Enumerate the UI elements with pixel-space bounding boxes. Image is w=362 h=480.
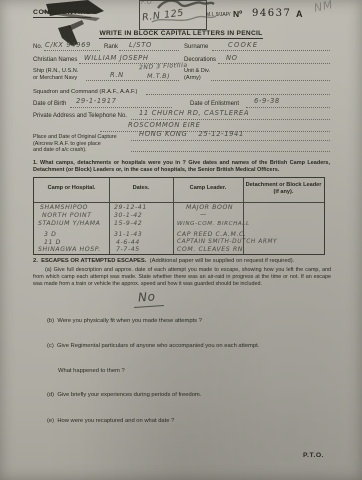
leader-cell: — — [200, 211, 207, 218]
camp-cell: NORTH POINT — [42, 212, 92, 219]
section-2-title: ESCAPES OR ATTEMPTED ESCAPES. — [41, 258, 146, 264]
ship-value: R.N — [110, 71, 124, 79]
answer-a-value: No — [138, 289, 156, 304]
question-b-text: (b) Were you physically fit when you mad… — [47, 318, 202, 324]
field-line — [86, 80, 179, 81]
question-c-text: (c) Give Regimental particulars of anyon… — [47, 343, 259, 349]
section-2-note: (Additional paper will be supplied on re… — [150, 258, 295, 264]
enlistment-value: 6-9-38 — [254, 97, 280, 105]
form-reference: M.I. 9/JAP/ — [206, 12, 230, 18]
table-header-leader: Camp Leader. — [173, 185, 243, 192]
instruction-heading: WRITE IN BLOCK CAPITAL LETTERS IN PENCIL — [33, 30, 329, 37]
section-2-number: 2. — [33, 258, 38, 264]
camps-table: Camp or Hospital. Dates. Camp Leader. De… — [33, 177, 325, 255]
christian-names-value: WILLIAM JOSEPH — [84, 54, 149, 62]
date-cell: 7-7-45 — [116, 246, 140, 253]
field-line — [119, 50, 179, 51]
no-label: No. — [33, 44, 42, 50]
field-line — [70, 107, 172, 108]
leader-cell: CAPTAIN SMITH-DUTCH ARMY — [177, 239, 277, 245]
ship-label: Ship (R.N., U.S.N.or Merchant Navy — [33, 68, 78, 82]
camp-cell: 11 D — [44, 239, 61, 246]
camp-cell: SHAMSHIPOO — [40, 204, 88, 211]
numero-symbol: Nº — [233, 9, 242, 19]
field-line — [131, 151, 330, 152]
date-cell: 4-6-44 — [116, 239, 140, 246]
date-cell: 31-1-43 — [114, 231, 142, 238]
question-c2-text: What happened to them ? — [58, 368, 125, 374]
date-cell: 29-12-41 — [114, 204, 147, 211]
ship-flotilla-value: 2ND 3 Flotilla — [139, 62, 188, 72]
field-line — [212, 50, 330, 51]
camp-cell: STADIUM Y/HAMA — [38, 220, 101, 227]
pto-marking: P.T.O. — [303, 452, 324, 459]
capture-label: Place and Date of Original Capture (Airc… — [33, 134, 117, 154]
question-e-text: (e) How were you recaptured and on what … — [47, 418, 174, 424]
christian-names-label: Christian Names — [33, 57, 77, 63]
date-cell: 30-1-42 — [114, 212, 142, 219]
leader-cell: COM. CLEAVES RN. — [177, 246, 246, 253]
camp-cell: SHINAGWA HOSP. — [38, 246, 101, 253]
camp-cell: 3 D — [44, 231, 56, 238]
leader-cell: CAP REED C.A.M.C. — [177, 231, 247, 238]
date-of-birth-label: Date of Birth — [33, 101, 66, 107]
field-line — [211, 80, 330, 81]
leader-cell: WING-COM. BIRCHALL — [177, 221, 250, 227]
field-line — [218, 63, 330, 64]
scanned-pow-questionnaire-page: CONFIDENTIAL P.O R.N 125 M.I. 9/JAP/ Nº … — [0, 0, 362, 480]
decorations-label: Decorations — [184, 57, 216, 63]
ship-mtb-value: M.T.B) — [147, 72, 170, 80]
date-of-birth-value: 29-1-1917 — [76, 97, 117, 105]
address-value-line2: ROSCOMMON EIRE — [128, 121, 201, 129]
table-header-dates: Dates. — [109, 185, 173, 192]
surname-value: COOKE — [228, 41, 258, 49]
question-a-text: (a) Give full description and approx. da… — [33, 267, 331, 287]
table-header-camp: Camp or Hospital. — [34, 185, 109, 192]
address-label: Private Address and Telephone No. — [33, 113, 127, 119]
no-value: C/KX 94969 — [45, 41, 91, 49]
serial-number: 94637 — [252, 8, 291, 19]
table-header-divider — [34, 202, 324, 203]
serial-suffix: A — [296, 9, 303, 19]
question-1-text: 1. What camps, detachments or hospitals … — [33, 160, 330, 174]
field-line — [131, 119, 330, 120]
address-value-line1: 11 CHURCH RD, CASTLEREA — [139, 109, 249, 117]
table-header-detachment: Detachment or Block Leader (if any). — [245, 182, 322, 196]
decorations-value: NO — [226, 54, 238, 62]
section-2-heading: 2. ESCAPES OR ATTEMPTED ESCAPES. (Additi… — [33, 258, 294, 264]
answer-underline — [134, 305, 164, 308]
surname-label: Surname — [184, 44, 208, 50]
field-line — [131, 140, 330, 141]
corner-pencil-note: NM — [313, 0, 334, 15]
enlistment-label: Date of Enlistment — [190, 101, 239, 107]
squadron-label: Squadron and Command (R.A.F., A.A.F.) — [33, 89, 137, 95]
leader-cell: MAJOR BOON — [186, 204, 233, 211]
confidential-marking: CONFIDENTIAL — [33, 9, 91, 16]
unit-div-label: Unit & Div.(Army) — [184, 68, 210, 82]
field-line — [44, 50, 100, 51]
field-line — [246, 107, 330, 108]
rank-label: Rank — [104, 44, 118, 50]
question-d-text: (d) Give briefly your experiences during… — [47, 392, 201, 398]
field-line — [146, 94, 330, 95]
date-cell: 15-9-42 — [114, 220, 142, 227]
capture-value: HONG KONG 25-12-1941 — [139, 130, 244, 138]
rank-value: L/STO — [129, 41, 152, 49]
